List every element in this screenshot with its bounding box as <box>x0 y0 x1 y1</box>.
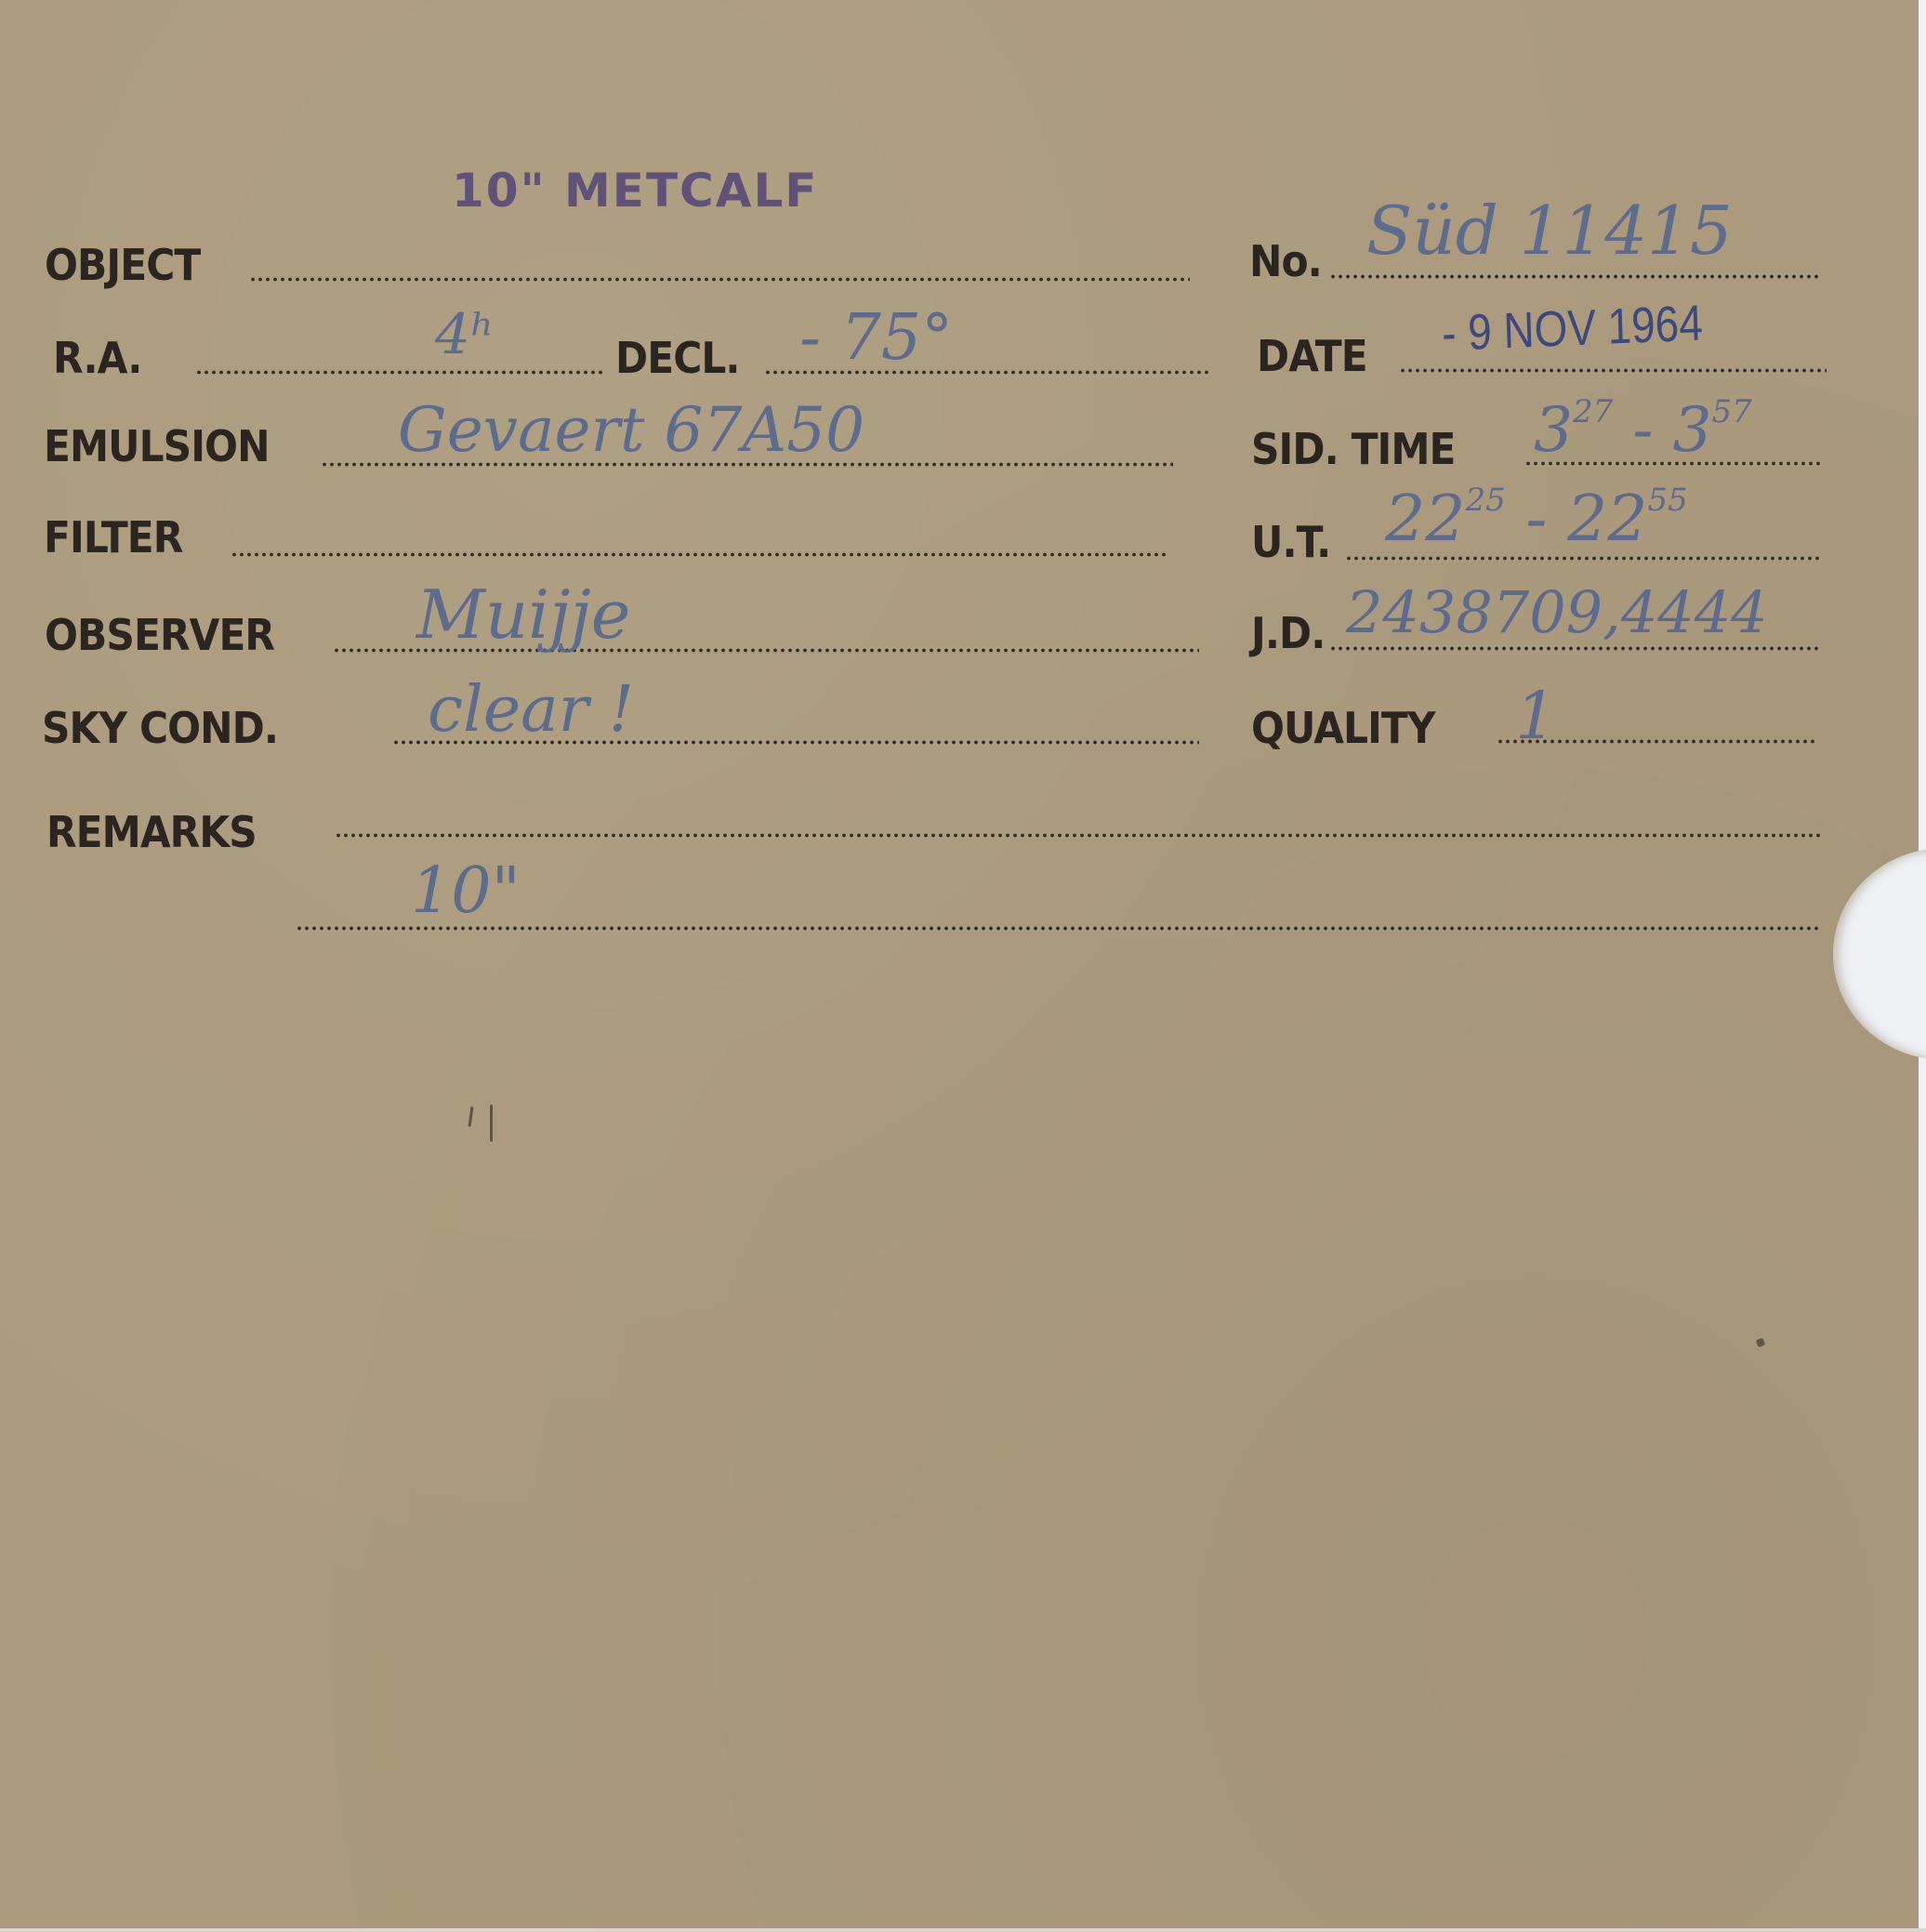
filter-label: FILTER <box>44 516 182 559</box>
decl-label: DECL. <box>615 337 740 379</box>
sid-time-end-h: 3 <box>1673 394 1712 466</box>
quality-label: QUALITY <box>1251 707 1435 749</box>
date-field-line[interactable] <box>1399 368 1827 373</box>
jd-field-line[interactable] <box>1329 646 1822 651</box>
paper-fiber-mark <box>468 1106 473 1127</box>
date-label: DATE <box>1257 335 1367 377</box>
ut-end-m: 55 <box>1648 482 1688 519</box>
ut-value: 2225 - 2255 <box>1385 488 1688 551</box>
object-field-line[interactable] <box>249 277 1190 282</box>
date-stamp-value: - 9 NOV 1964 <box>1441 298 1703 359</box>
sid-time-start-h: 3 <box>1534 394 1573 466</box>
sid-time-label: SID. TIME <box>1251 428 1456 470</box>
remarks-field-line-1[interactable] <box>335 833 1822 838</box>
scan-background-bottom <box>0 1928 1926 1932</box>
observer-value: Muijje <box>416 581 630 648</box>
remarks-field-line-2[interactable] <box>296 926 1822 931</box>
observer-label: OBSERVER <box>45 614 274 656</box>
remarks-label: REMARKS <box>46 811 257 854</box>
emulsion-value: Gevaert 67A50 <box>398 400 864 461</box>
ut-separator: - <box>1506 483 1567 556</box>
filter-field-line[interactable] <box>231 552 1167 557</box>
ra-label: R.A. <box>53 337 141 379</box>
decl-value: - 75° <box>799 307 953 370</box>
jd-value: 2438709,4444 <box>1346 584 1768 642</box>
paper-fiber-mark <box>1756 1338 1765 1347</box>
ut-field-line[interactable] <box>1345 556 1822 561</box>
sky-cond-value: clear ! <box>428 679 634 742</box>
object-label: OBJECT <box>45 244 200 286</box>
telescope-stamp: 10" METCALF <box>452 167 818 214</box>
ut-label: U.T. <box>1251 521 1330 563</box>
sid-time-start-m: 27 <box>1573 393 1613 430</box>
ut-end-h: 22 <box>1567 483 1648 556</box>
paper-fiber-mark <box>490 1105 493 1142</box>
ra-field-line[interactable] <box>195 370 604 375</box>
plate-envelope-card: 10" METCALF OBJECT R.A. 4ʰ DECL. - 75° E… <box>0 0 1919 1928</box>
no-field-line[interactable] <box>1329 274 1822 279</box>
sid-time-value: 327 - 357 <box>1534 400 1752 461</box>
quality-value: 1 <box>1515 683 1557 748</box>
ra-value: 4ʰ <box>435 307 495 363</box>
sky-cond-label: SKY COND. <box>42 707 278 749</box>
no-value: Süd 11415 <box>1366 197 1733 264</box>
emulsion-label: EMULSION <box>44 425 270 468</box>
remarks-line-2-value: 10" <box>411 860 521 923</box>
sid-time-end-m: 57 <box>1712 393 1752 430</box>
jd-label: J.D. <box>1251 612 1325 655</box>
ut-start-h: 22 <box>1385 483 1466 556</box>
no-label: No. <box>1249 240 1322 283</box>
sid-time-separator: - <box>1613 394 1672 466</box>
ut-start-m: 25 <box>1466 482 1506 519</box>
